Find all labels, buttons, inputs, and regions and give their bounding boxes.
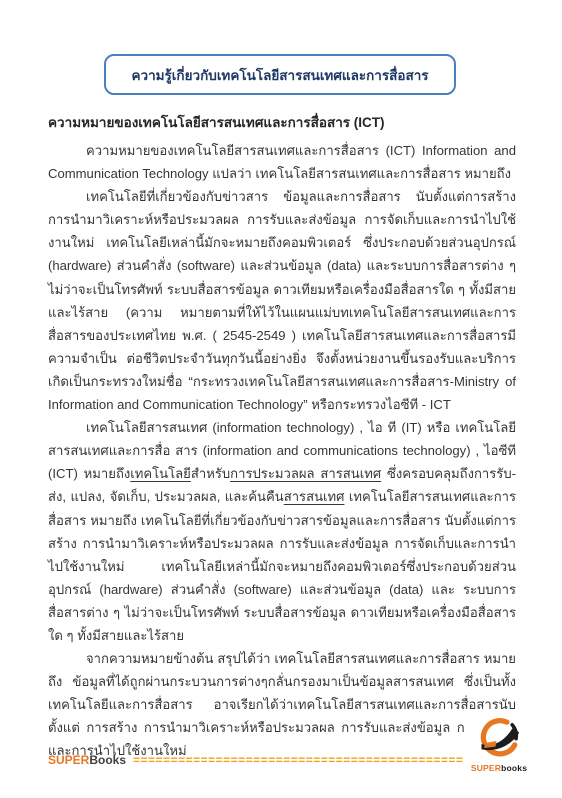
paragraph-4: จากความหมายข้างต้น สรุปได้ว่า เทคโนโลยีส… <box>48 647 516 762</box>
paragraph-3-text: เทคโนโลยีสารสนเทศและการสื่อสาร หมายถึง เ… <box>48 489 516 643</box>
paragraph-2: เทคโนโลยีที่เกี่ยวข้องกับข่าวสาร ข้อมูลแ… <box>48 185 516 416</box>
paragraph-3-text: สำหรับ <box>191 466 230 481</box>
logo-text-books: books <box>501 763 527 773</box>
footer-brand: SUPERBooks <box>48 753 126 767</box>
section-heading: ความหมายของเทคโนโลยีสารสนเทศและการสื่อสา… <box>48 111 385 133</box>
superbooks-logo-icon <box>478 716 520 758</box>
page-title-box: ความรู้เกี่ยวกับเทคโนโลยีสารสนเทศและการส… <box>104 54 456 95</box>
document-body: ความหมายของเทคโนโลยีสารสนเทศและการสื่อสา… <box>48 139 516 763</box>
underlined-term: การประมวลผล สารสนเทศ <box>230 466 381 481</box>
page-footer: SUPERBooks =============================… <box>48 751 526 769</box>
superbooks-logo: SUPERbooks <box>464 716 534 773</box>
footer-brand-books: Books <box>89 753 126 767</box>
footer-brand-super: SUPER <box>48 753 89 767</box>
page-title: ความรู้เกี่ยวกับเทคโนโลยีสารสนเทศและการส… <box>131 64 428 86</box>
logo-text-super: SUPER <box>471 763 501 773</box>
document-page: ความรู้เกี่ยวกับเทคโนโลยีสารสนเทศและการส… <box>0 0 562 798</box>
superbooks-logo-text: SUPERbooks <box>466 763 532 773</box>
underlined-term: สารสนเทศ <box>284 489 345 504</box>
underlined-term: เทคโนโลยี <box>130 466 191 481</box>
paragraph-1: ความหมายของเทคโนโลยีสารสนเทศและการสื่อสา… <box>48 139 516 185</box>
paragraph-3: เทคโนโลยีสารสนเทศ (information technolog… <box>48 416 516 647</box>
